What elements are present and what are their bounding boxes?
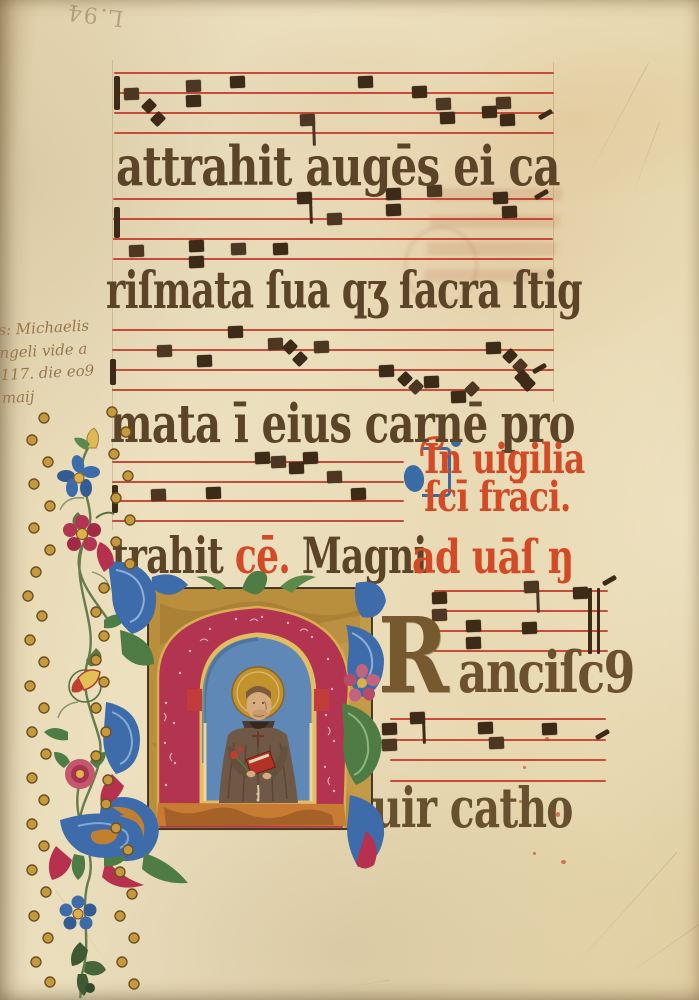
staff-line bbox=[390, 759, 606, 761]
neume-square-note bbox=[230, 76, 245, 89]
staff-line bbox=[113, 238, 553, 240]
ink-spot bbox=[556, 812, 560, 817]
neume-square-note bbox=[573, 587, 588, 600]
neume-square-note bbox=[327, 213, 342, 226]
neume-square-note bbox=[351, 488, 366, 501]
neume-diamond-note bbox=[292, 351, 309, 368]
neume-square-note bbox=[502, 206, 517, 219]
staff-line bbox=[113, 258, 553, 260]
staff-line bbox=[114, 72, 554, 74]
neume-square-note bbox=[486, 342, 501, 355]
chant-line5-rest: anciſc9 bbox=[458, 639, 634, 706]
neume-diamond-note bbox=[282, 339, 299, 356]
blue-scroll bbox=[100, 702, 140, 806]
custos-mark bbox=[538, 109, 553, 121]
chant-line-2: riſmata ſua qʒ ſacra ſtig bbox=[106, 266, 582, 317]
staff-line bbox=[112, 329, 554, 331]
trumpet-flower bbox=[69, 670, 101, 702]
neume-square-note bbox=[186, 80, 201, 93]
clef-bar bbox=[114, 207, 120, 238]
neume-square-note bbox=[271, 456, 286, 469]
neume-square-note bbox=[542, 723, 557, 736]
neume-square-note bbox=[500, 114, 515, 127]
blue-flower bbox=[57, 454, 100, 497]
rubric-block: In uigilia ſcī frāci. bbox=[424, 441, 625, 516]
chant-line-1: attrahit augēs ei ca bbox=[116, 139, 560, 193]
neume-square-note bbox=[157, 345, 172, 358]
neume-square-note bbox=[496, 97, 511, 110]
ink-spot bbox=[533, 852, 536, 855]
ink-spot bbox=[523, 766, 526, 769]
neume-square-note bbox=[436, 98, 451, 111]
yellow-bud bbox=[74, 428, 99, 450]
neume-square-note bbox=[489, 737, 504, 750]
neume-square-note bbox=[124, 88, 139, 101]
neume-square-note bbox=[379, 365, 394, 378]
margin-annotation: s: Michaelis ngeli vide a 117. die eo9 m… bbox=[0, 313, 122, 409]
neume-square-note bbox=[358, 76, 373, 89]
manuscript-page: L.94 attrahit augēs ei ca riſmata ſua qʒ… bbox=[0, 0, 699, 1000]
neume-square-note bbox=[186, 95, 201, 108]
neume-tail bbox=[422, 722, 426, 744]
neume-square-note bbox=[314, 341, 329, 354]
neume-square-note bbox=[300, 114, 315, 127]
chant-line4-rubric-tail: ad uāſ ŋ bbox=[412, 534, 574, 581]
ink-spot bbox=[545, 737, 549, 741]
neume-square-note bbox=[327, 471, 342, 484]
neume-square-note bbox=[268, 338, 283, 351]
neume-square-note bbox=[482, 106, 497, 119]
neume-square-note bbox=[129, 245, 144, 258]
rubric-tail-text: ad uāſ ŋ bbox=[412, 530, 574, 585]
staff-line bbox=[114, 92, 554, 94]
ink-spot bbox=[519, 800, 522, 803]
green-sprig bbox=[71, 942, 106, 996]
neume-square-note bbox=[478, 722, 493, 735]
staff-line bbox=[113, 198, 553, 200]
neume-square-note bbox=[231, 243, 246, 256]
neume-square-note bbox=[206, 487, 221, 500]
ink-spot bbox=[561, 860, 566, 864]
neume-square-note bbox=[386, 204, 401, 217]
chant-line-5: R anciſc9 bbox=[378, 604, 678, 708]
neume-square-note bbox=[197, 355, 212, 368]
neume-square-note bbox=[412, 86, 427, 99]
crimson-flower bbox=[63, 513, 114, 551]
neume-square-note bbox=[424, 376, 439, 389]
neume-square-note bbox=[289, 462, 304, 475]
staff-line bbox=[112, 369, 554, 371]
impost-left bbox=[187, 689, 202, 711]
neume-square-note bbox=[273, 243, 288, 256]
rubric-line-2: ſcī frāci. bbox=[424, 479, 584, 517]
custos-mark bbox=[602, 575, 617, 587]
neume-square-note bbox=[189, 240, 204, 253]
floral-border bbox=[8, 402, 158, 1000]
impost-right bbox=[314, 689, 329, 711]
neume-tail bbox=[309, 202, 313, 224]
chant-line-6: uir catho bbox=[372, 780, 573, 835]
neume-square-note bbox=[440, 112, 455, 125]
staff-line bbox=[112, 389, 554, 391]
neume-square-note bbox=[228, 326, 243, 339]
clef-bar bbox=[114, 76, 120, 110]
